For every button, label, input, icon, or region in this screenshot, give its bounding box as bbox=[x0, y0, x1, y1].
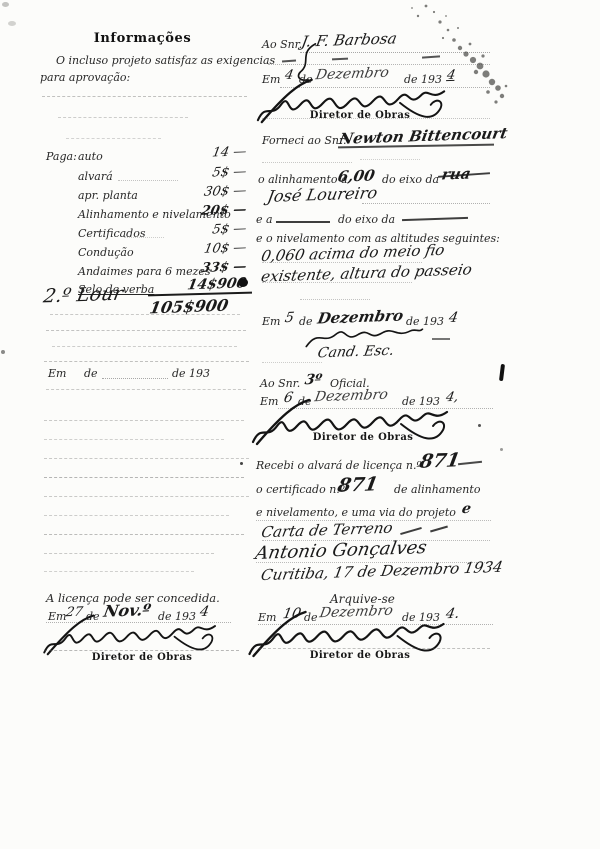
printed-dash bbox=[276, 221, 330, 223]
total-annotation: 2.º Lour bbox=[42, 283, 125, 308]
ruled-line bbox=[44, 420, 244, 421]
scanned-document-page: Informações O incluso projeto satisfaz a… bbox=[0, 0, 600, 849]
addressee1-fill bbox=[300, 52, 490, 53]
ruled-line bbox=[46, 389, 246, 390]
ruled-line bbox=[44, 439, 224, 440]
ruled-line bbox=[300, 299, 370, 300]
addressee2-label: Ao Snr. bbox=[260, 377, 300, 390]
fee-value: 5$ — bbox=[148, 221, 247, 239]
blank-date-de1: de bbox=[84, 367, 98, 380]
date2-em: Em bbox=[262, 315, 280, 328]
ruled-line bbox=[360, 159, 420, 160]
scan-speck bbox=[1, 350, 5, 354]
fee-label: alvará bbox=[78, 170, 113, 183]
ruled-line bbox=[44, 571, 194, 572]
ruled-line bbox=[44, 553, 214, 554]
recipient-signature: Antonio Gonçalves bbox=[254, 537, 429, 564]
hand-dash bbox=[332, 58, 348, 60]
ink-blot bbox=[499, 364, 505, 381]
hand-slash bbox=[400, 527, 422, 535]
alignment-part4: do eixo da bbox=[338, 213, 395, 226]
ruled-line bbox=[58, 117, 188, 118]
ruled-line bbox=[262, 362, 322, 363]
ruled-line bbox=[50, 314, 240, 315]
scan-speck bbox=[240, 462, 243, 465]
page-title: Informações bbox=[40, 31, 245, 46]
certificate-number: 871 bbox=[336, 473, 380, 496]
ruled-line bbox=[44, 515, 229, 516]
addressee2-number: 3º bbox=[304, 372, 324, 389]
ruled-line bbox=[44, 458, 249, 459]
fees-paga-label: Paga: bbox=[46, 150, 77, 163]
alignment-part3: e a bbox=[256, 213, 273, 226]
scan-speck bbox=[478, 424, 481, 427]
leveling-fill bbox=[262, 282, 412, 283]
ruled-line bbox=[66, 138, 161, 139]
receipt-line2b: de alinhamento bbox=[394, 483, 480, 496]
hand-slash bbox=[430, 526, 448, 533]
ruled-line bbox=[262, 162, 352, 163]
receipt-line4: Carta de Terreno bbox=[260, 519, 394, 542]
scan-speck bbox=[500, 448, 503, 451]
director-label: Diretor de Obras bbox=[295, 650, 425, 661]
date2-year: 4 bbox=[448, 310, 460, 326]
receipt-line2a: o certificado n.º bbox=[256, 483, 345, 496]
ink-blot bbox=[238, 278, 248, 287]
blank-date-em: Em bbox=[48, 367, 66, 380]
ruled-line bbox=[44, 361, 249, 362]
fee-value: 14 — bbox=[148, 144, 247, 162]
fee-value: 5$ — bbox=[148, 164, 247, 182]
alignment-part2: do eixo da bbox=[382, 173, 439, 186]
date2-day: 5 bbox=[284, 310, 296, 326]
scan-speck bbox=[8, 21, 16, 26]
receipt-line3-hand: e bbox=[461, 501, 473, 517]
ruled-line bbox=[44, 477, 244, 478]
scan-speck bbox=[2, 2, 9, 7]
ruled-line bbox=[44, 496, 249, 497]
fee-value: 20$ — bbox=[148, 202, 247, 220]
street-fill bbox=[362, 203, 490, 204]
signature-line bbox=[258, 648, 490, 649]
license-number: 871 bbox=[418, 449, 462, 472]
ruled-line bbox=[52, 346, 237, 347]
ruled-line bbox=[44, 534, 244, 535]
fee-label: apr. planta bbox=[78, 189, 138, 202]
hand-dash bbox=[458, 461, 482, 465]
fee-label: Certificados bbox=[78, 227, 146, 240]
blank-date-de2: de 193 bbox=[172, 367, 210, 380]
fee-value: 30$ — bbox=[148, 183, 247, 201]
intro-line1: O incluso projeto satisfaz as exigencias bbox=[56, 54, 275, 67]
blank-date-fill bbox=[102, 378, 168, 379]
supplied-label: Forneci ao Snr. bbox=[262, 134, 347, 147]
fee-label: auto bbox=[78, 150, 103, 163]
printed-dash bbox=[402, 217, 468, 221]
ruled-line bbox=[42, 96, 247, 97]
intro-line2: para aprovação: bbox=[40, 71, 130, 84]
receipt-line1: Recebi o alvará de licença n.º bbox=[256, 459, 422, 472]
hand-dash bbox=[432, 338, 450, 340]
director-label: Diretor de Obras bbox=[300, 110, 420, 121]
director-label: Diretor de Obras bbox=[298, 432, 428, 443]
signature-line bbox=[44, 650, 239, 651]
receipt-line3: e nivelamento, e uma via do projeto bbox=[256, 506, 456, 519]
clerk-title: Cand. Esc. bbox=[316, 343, 395, 362]
fee-value: 10$ — bbox=[148, 240, 247, 258]
director-label: Diretor de Obras bbox=[72, 652, 212, 663]
ruled-line bbox=[46, 330, 246, 331]
fee-label: Condução bbox=[78, 246, 134, 259]
